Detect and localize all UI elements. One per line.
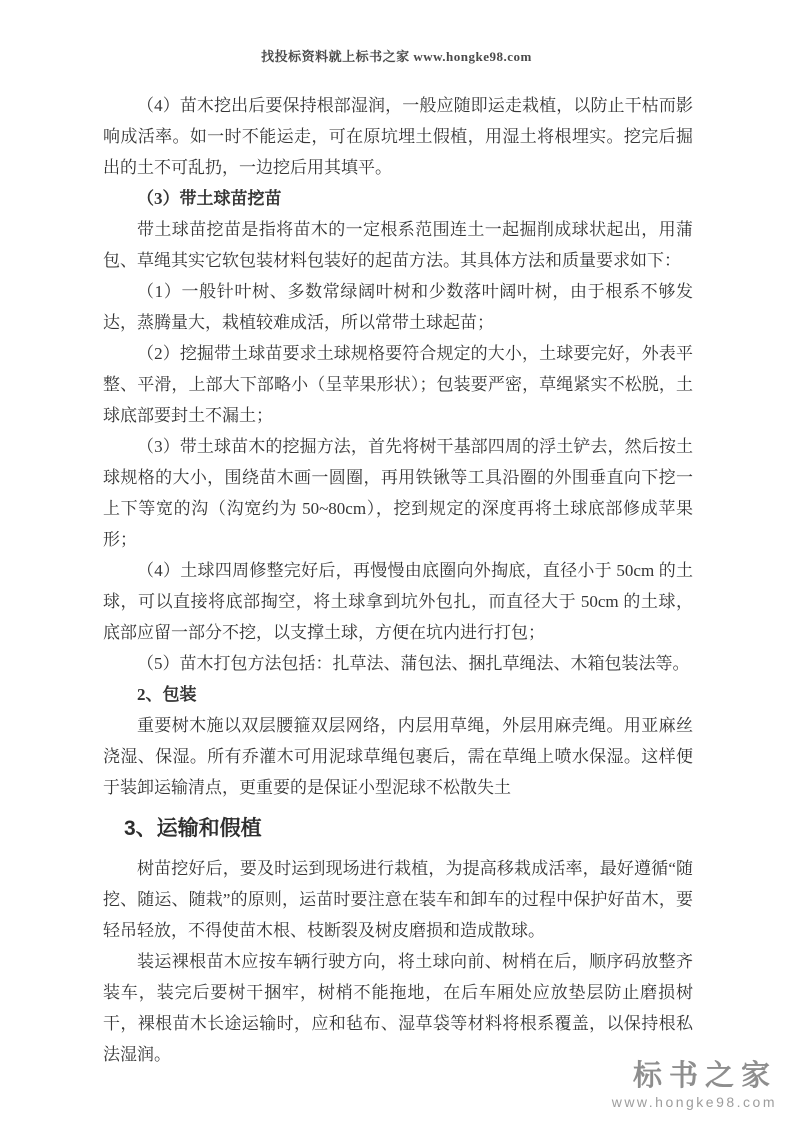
site-watermark: 标书之家 www.hongke98.com (612, 1060, 777, 1112)
paragraph: （1）一般针叶树、多数常绿阔叶树和少数落叶阔叶树，由于根系不够发达，蒸腾量大，栽… (103, 276, 693, 338)
paragraph: 带土球苗挖苗是指将苗木的一定根系范围连土一起掘削成球状起出，用蒲包、草绳其实它软… (103, 214, 693, 276)
paragraph: （3）带土球苗木的挖掘方法，首先将树干基部四周的浮土铲去，然后按土球规格的大小，… (103, 431, 693, 555)
paragraph: 装运裸根苗木应按车辆行驶方向，将土球向前、树梢在后，顺序码放整齐装车，装完后要树… (103, 946, 693, 1070)
paragraph: （4）苗木挖出后要保持根部湿润，一般应随即运走栽植，以防止干枯而影响成活率。如一… (103, 90, 693, 183)
paragraph: 树苗挖好后，要及时运到现场进行栽植，为提高移栽成活率，最好遵循“随挖、随运、随栽… (103, 853, 693, 946)
paragraph: （2）挖掘带土球苗要求土球规格要符合规定的大小，土球要完好，外表平整、平滑，上部… (103, 338, 693, 431)
paragraph: （4）土球四周修整完好后，再慢慢由底圈向外掏底，直径小于 50cm 的土球，可以… (103, 555, 693, 648)
watermark-url: www.hongke98.com (612, 1092, 777, 1112)
paragraph: （5）苗木打包方法包括：扎草法、蒲包法、捆扎草绳法、木箱包装法等。 (103, 648, 693, 679)
section-title: 3、运输和假植 (103, 812, 693, 846)
watermark-brand-logo: 标书之家 (612, 1060, 777, 1092)
subheading: 2、包装 (103, 679, 693, 710)
document-body: （4）苗木挖出后要保持根部湿润，一般应随即运走栽植，以防止干枯而影响成活率。如一… (103, 90, 693, 1070)
paragraph: 重要树木施以双层腰箍双层网络，内层用草绳，外层用麻壳绳。用亚麻丝浇湿、保湿。所有… (103, 710, 693, 803)
document-page: 找投标资料就上标书之家 www.hongke98.com （4）苗木挖出后要保持… (0, 0, 793, 1122)
subheading: （3）带土球苗挖苗 (103, 183, 693, 214)
page-header-text: 找投标资料就上标书之家 www.hongke98.com (0, 46, 793, 65)
